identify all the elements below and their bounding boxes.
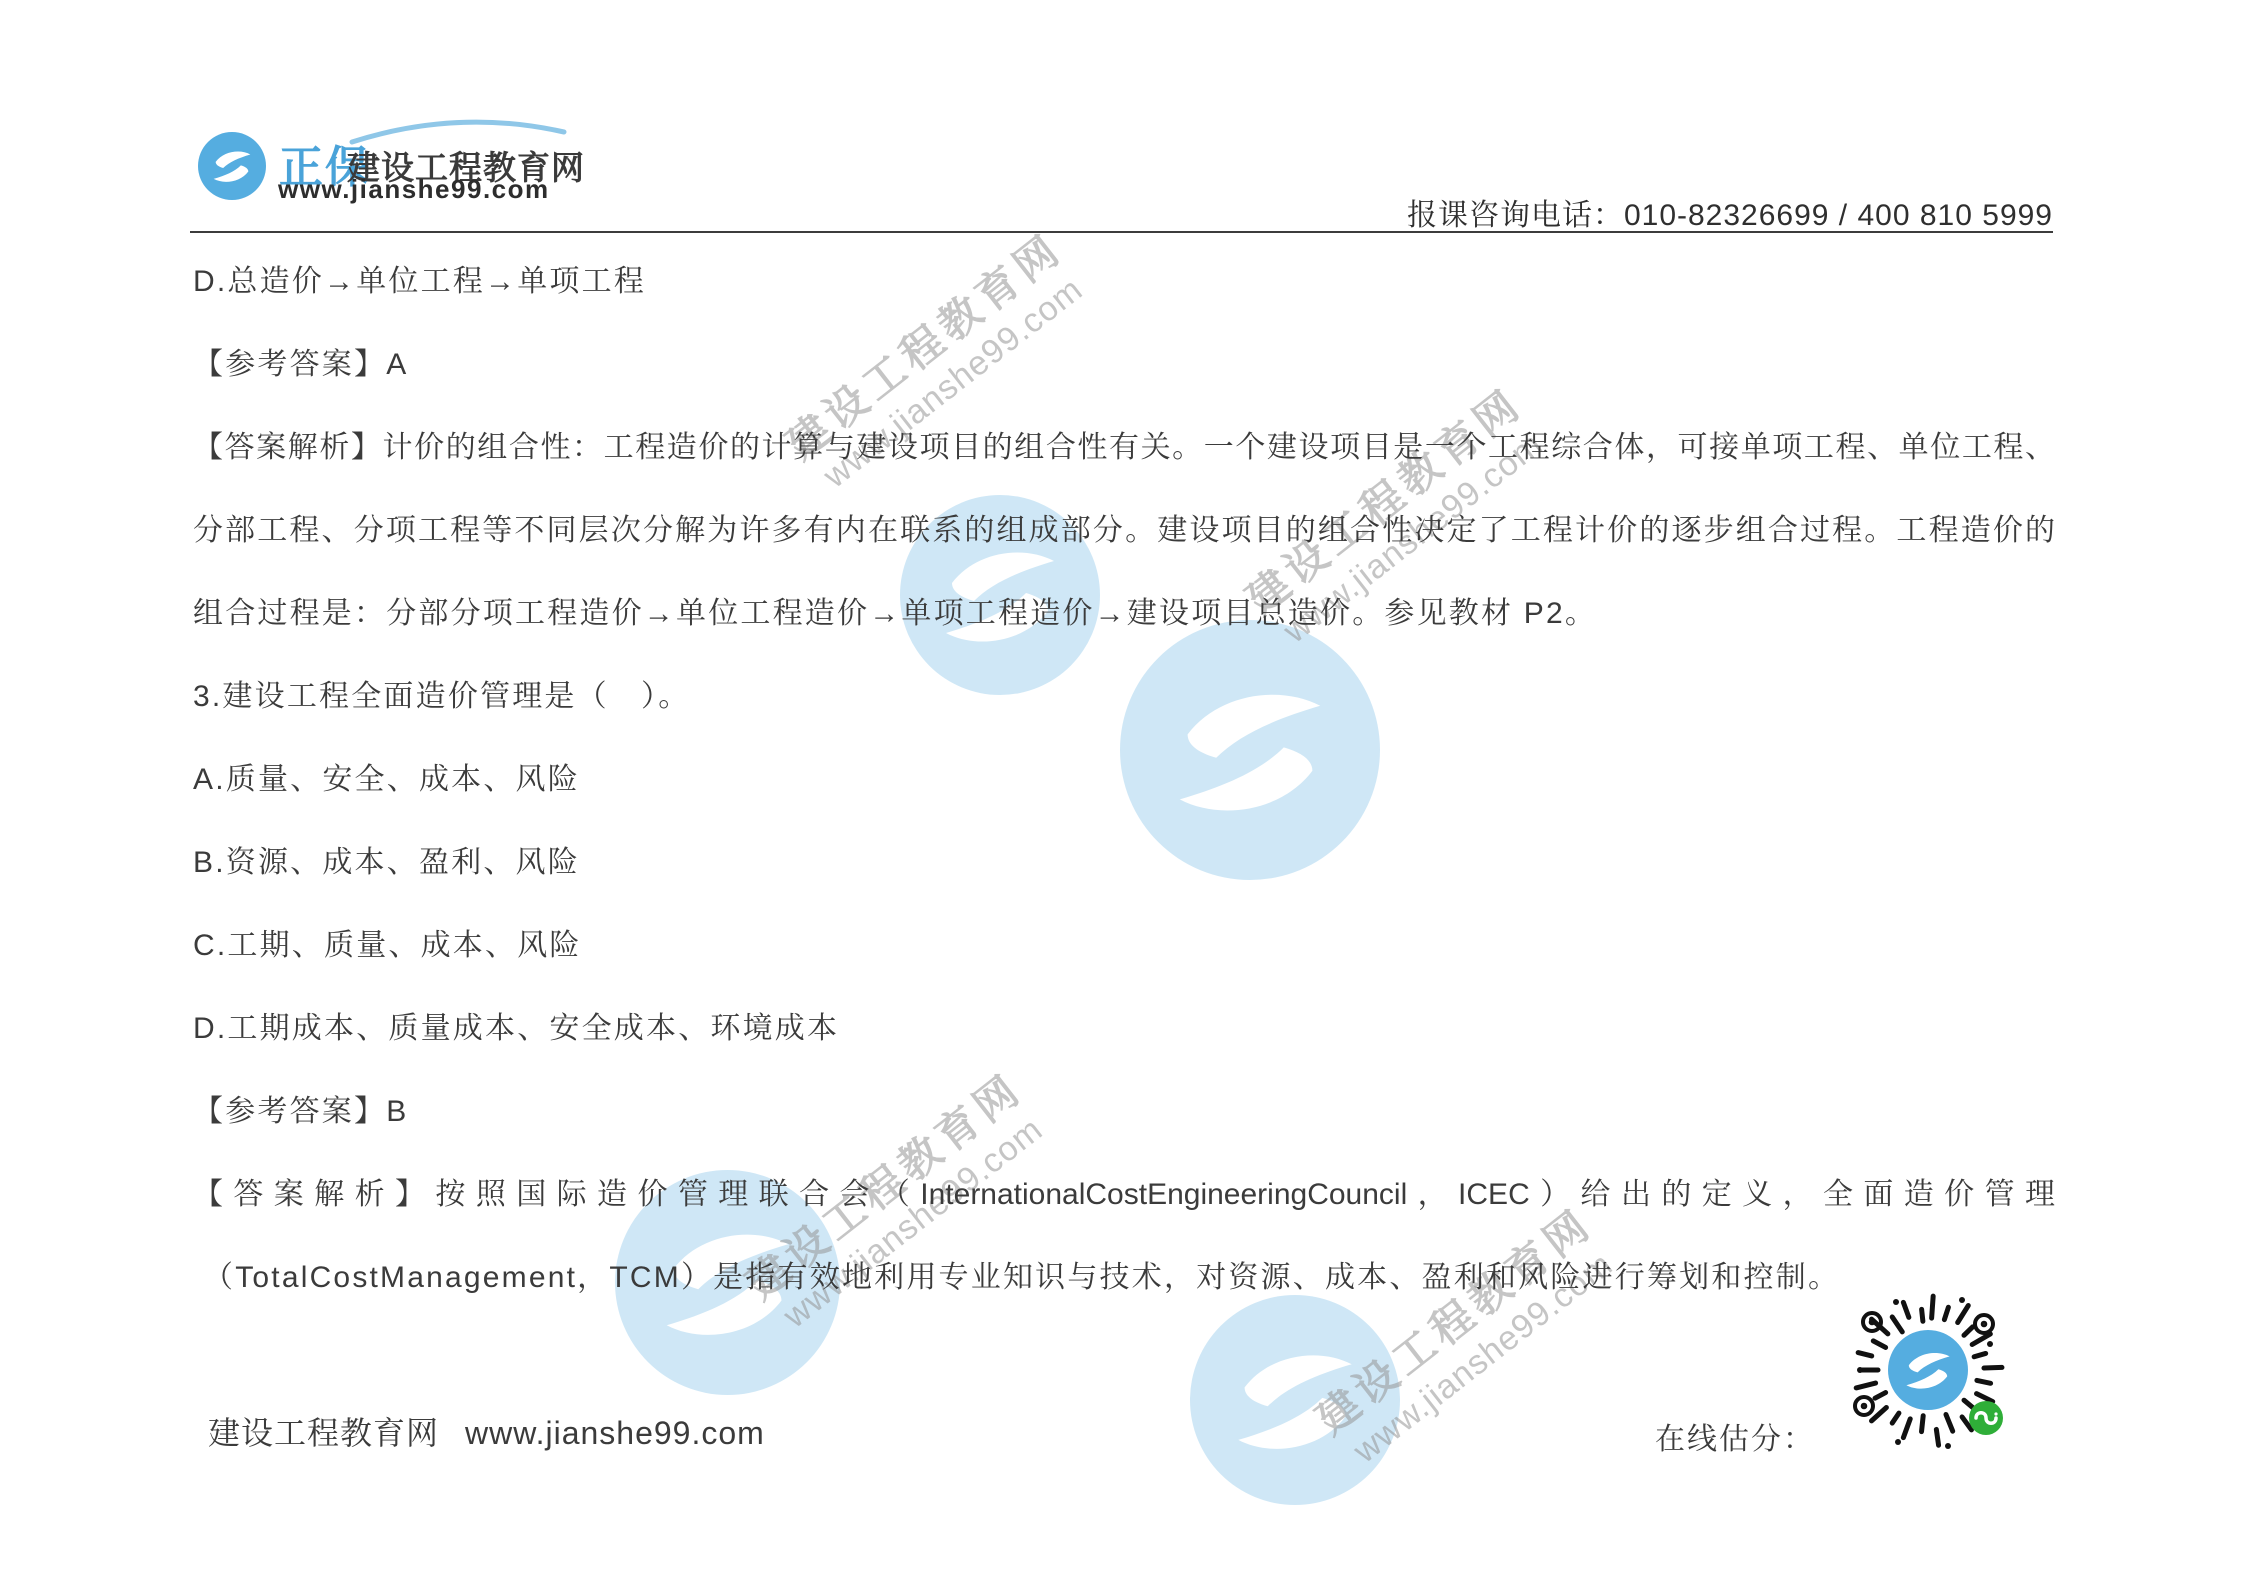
question-line: 3.建设工程全面造价管理是（ ）。 <box>193 655 2055 738</box>
wechat-miniprogram-qr-code <box>1838 1284 2018 1464</box>
option-line: B.资源、成本、盈利、风险 <box>193 821 2055 904</box>
answer-analysis-line: 分部工程、分项工程等不同层次分解为许多有内在联系的组成部分。建设项目的组合性决定… <box>193 489 2055 572</box>
consult-phone: 报课咨询电话：010-82326699 / 400 810 5999 <box>1407 190 2053 234</box>
answer-analysis-line: 【答案解析】计价的组合性：工程造价的计算与建设项目的组合性有关。一个建设项目是一… <box>193 406 2055 489</box>
online-score-label: 在线估分： <box>1655 1414 1815 1458</box>
reference-answer-line: 【参考答案】B <box>193 1070 2055 1153</box>
answer-analysis-line: 【答案解析】按照国际造价管理联合会（InternationalCostEngin… <box>193 1153 2055 1236</box>
zhengbao-logo-icon <box>198 132 266 200</box>
wechat-icon <box>1969 1401 2003 1435</box>
footer-site-info: 建设工程教育网www.jianshe99.com <box>208 1408 765 1454</box>
answer-analysis-line: 组合过程是：分部分项工程造价→单位工程造价→单项工程造价→建设项目总造价。参见教… <box>193 572 2055 655</box>
exam-answer-page: { "header": { "brand_cn": "正保", "brand_s… <box>0 0 2245 1587</box>
footer-site-name: 建设工程教育网 <box>208 1415 439 1451</box>
brand-website: www.jianshe99.com <box>278 174 550 205</box>
option-line: A.质量、安全、成本、风险 <box>193 738 2055 821</box>
option-line: D.总造价→单位工程→单项工程 <box>193 240 2055 323</box>
document-body: D.总造价→单位工程→单项工程 【参考答案】A 【答案解析】计价的组合性：工程造… <box>193 240 2055 1319</box>
qr-center-logo <box>1888 1330 1968 1410</box>
watermark-logo-icon <box>1190 1295 1400 1505</box>
option-line: D.工期成本、质量成本、安全成本、环境成本 <box>193 987 2055 1070</box>
option-line: C.工期、质量、成本、风险 <box>193 904 2055 987</box>
answer-analysis-line: （TotalCostManagement，TCM）是指有效地利用专业知识与技术，… <box>193 1236 2055 1319</box>
footer-site-url: www.jianshe99.com <box>465 1415 765 1451</box>
reference-answer-line: 【参考答案】A <box>193 323 2055 406</box>
